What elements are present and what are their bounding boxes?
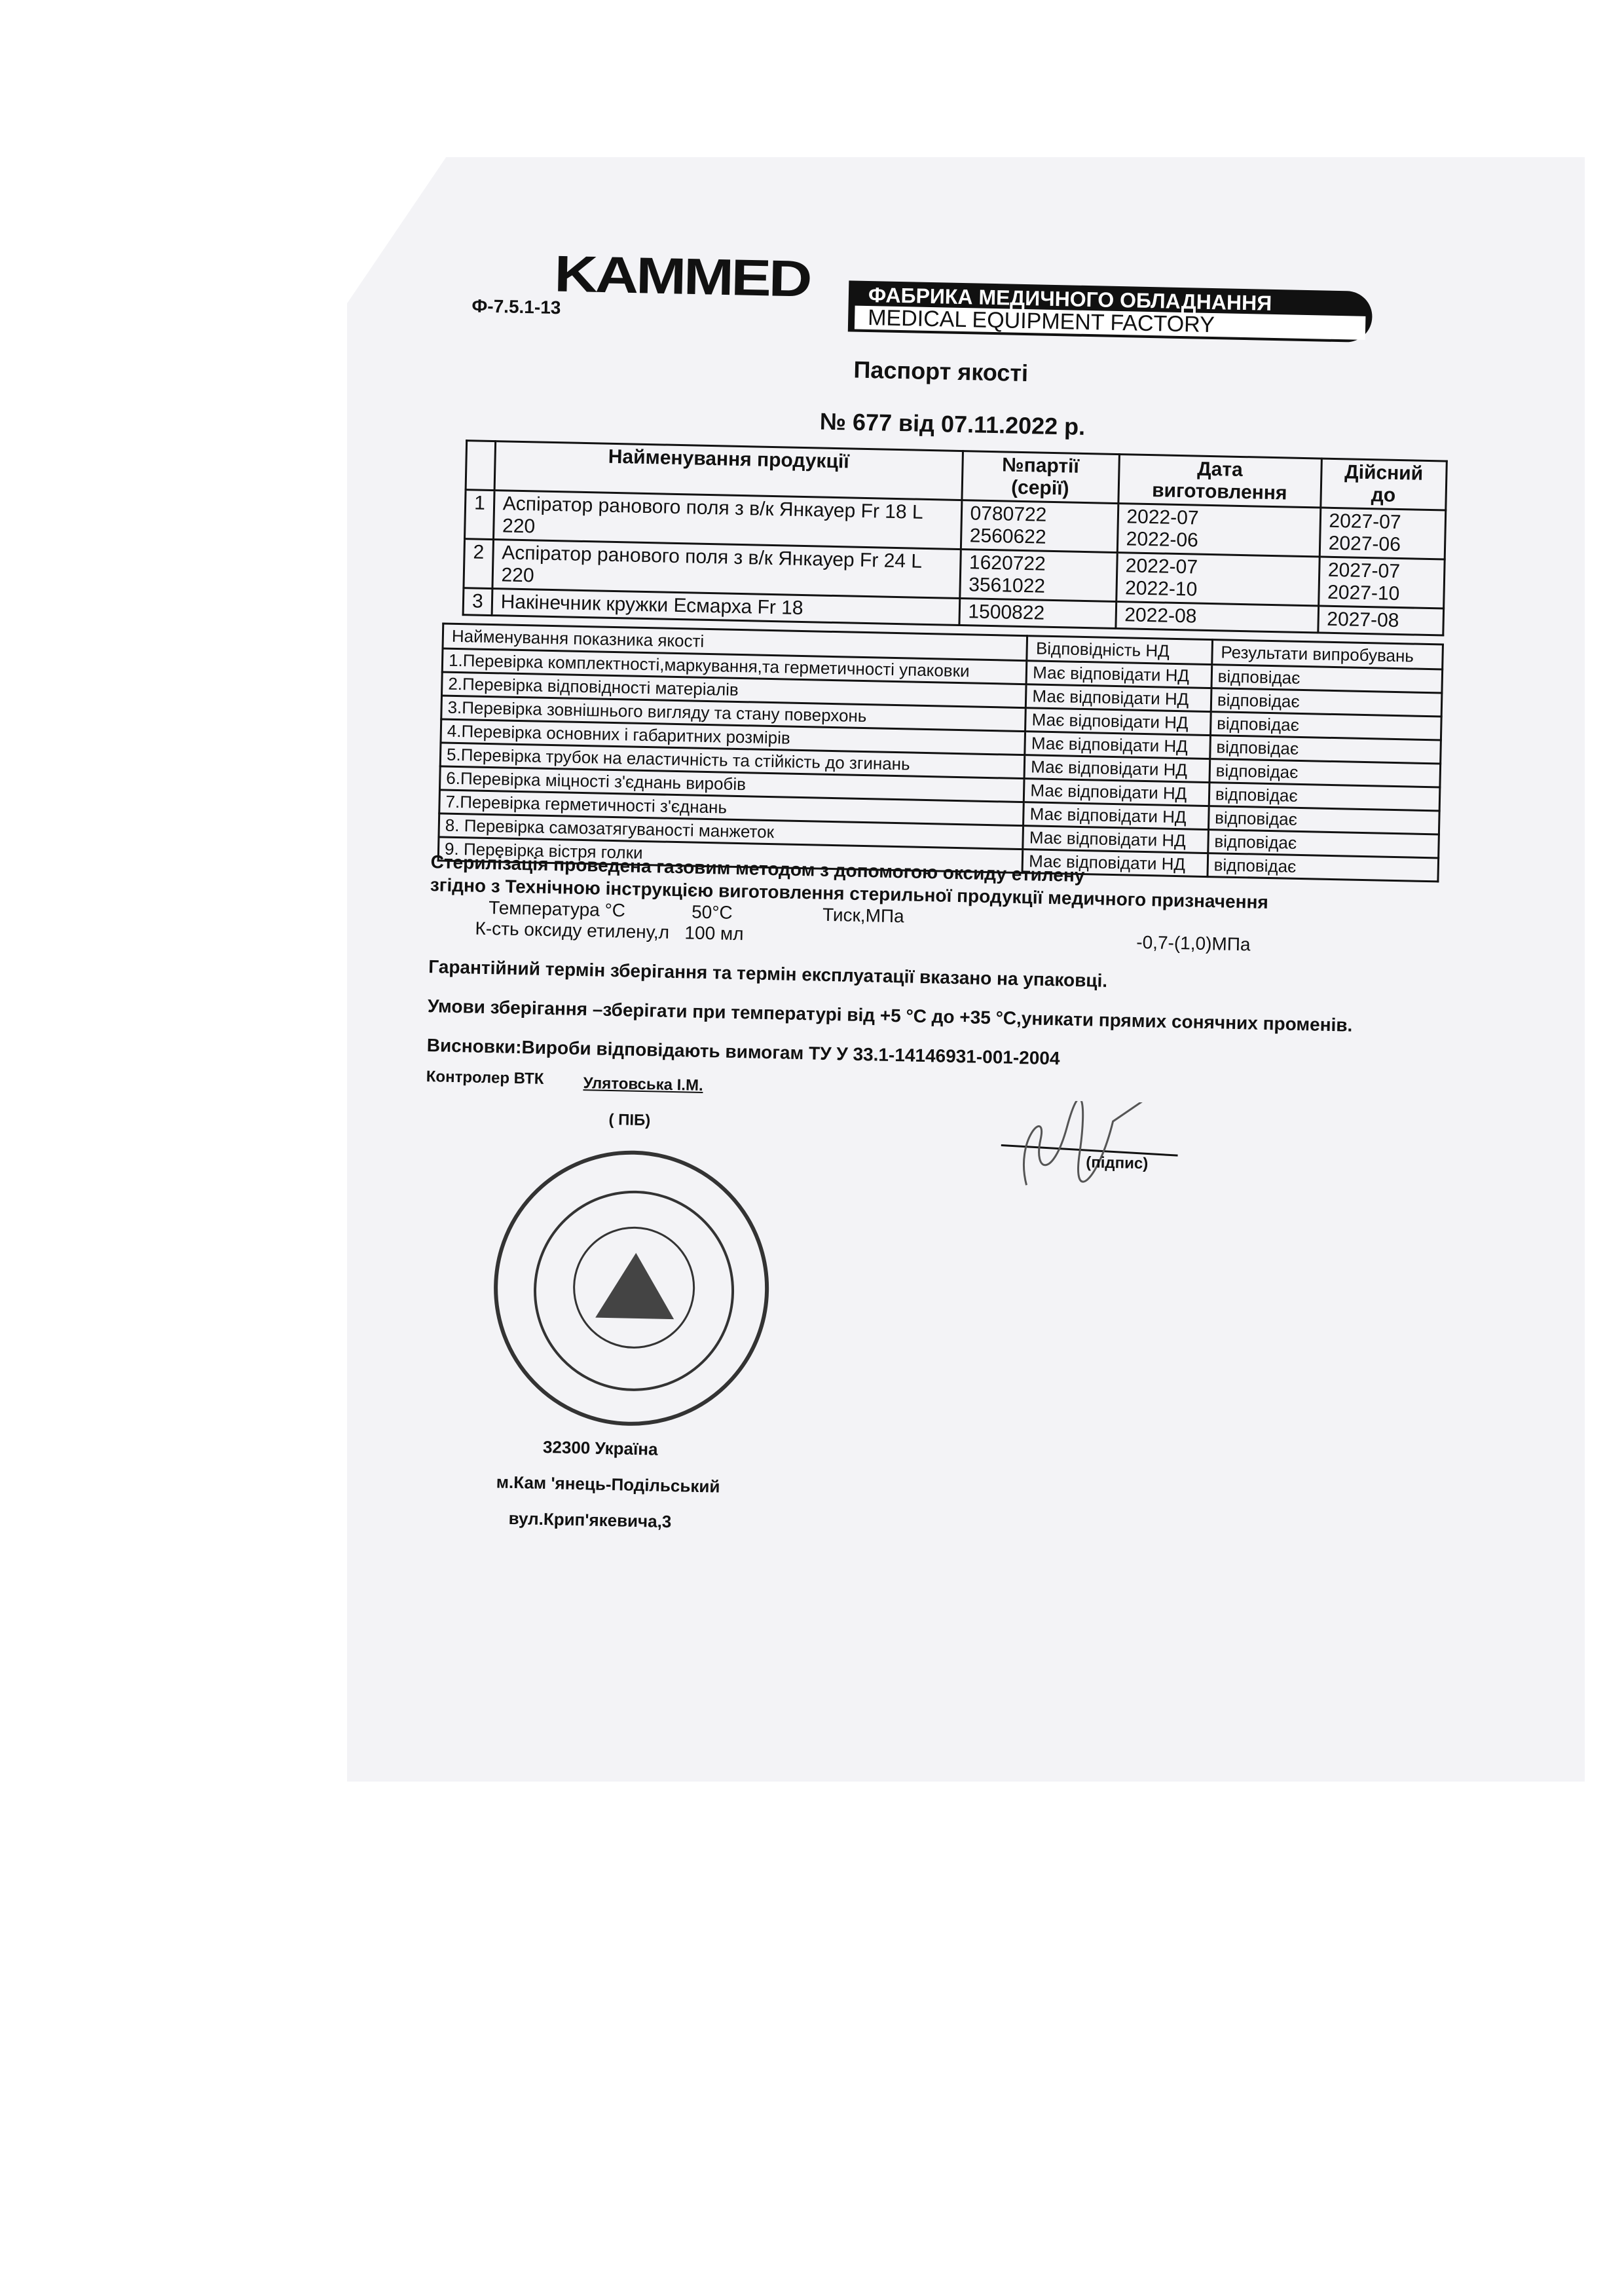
address-line3: вул.Крип'якевича,3: [508, 1508, 671, 1532]
requirement: Має відповідати НД: [1024, 779, 1209, 806]
requirement: Має відповідати НД: [1026, 661, 1211, 688]
product-batches-value: 1620722: [969, 551, 1109, 576]
stamp-logo-icon: [595, 1252, 675, 1319]
col-requirement: Відповідність НД: [1027, 636, 1212, 665]
name-caption: ( ПІБ): [608, 1111, 650, 1130]
temp-value: 50°С: [692, 902, 733, 924]
product-batches: 07807222560622: [961, 500, 1118, 553]
product-no: 3: [463, 588, 492, 616]
product-batches-value: 1500822: [968, 601, 1107, 626]
company-logo: KAMMED: [554, 245, 811, 308]
form-code: Ф-7.5.1-13: [471, 295, 561, 318]
product-no: 1: [465, 490, 494, 540]
product-valid-value: 2027-07: [1329, 510, 1437, 534]
products-table: Найменування продукції №партії (серії) Д…: [462, 439, 1448, 636]
handwritten-signature: [987, 1099, 1185, 1195]
product-batches-value: 0780722: [970, 502, 1109, 527]
product-valid: 2027-08: [1318, 606, 1443, 635]
quality-table: Найменування показника якості Відповідні…: [437, 622, 1444, 882]
product-no: 2: [464, 539, 493, 589]
temp-label: Температура °С: [489, 897, 625, 921]
product-made: 2022-072022-06: [1117, 504, 1321, 557]
product-batches-value: 3561022: [969, 574, 1108, 599]
eo-value: 100 мл: [684, 922, 744, 944]
product-made: 2022-072022-10: [1116, 553, 1319, 606]
document-title: Паспорт якості: [853, 356, 1028, 388]
product-valid-value: 2027-08: [1327, 608, 1435, 633]
product-made-value: 2022-08: [1124, 604, 1310, 630]
requirement: Має відповідати НД: [1026, 684, 1211, 712]
product-batches: 1500822: [959, 599, 1116, 629]
requirement: Має відповідати НД: [1024, 802, 1209, 830]
requirement: Має відповідати НД: [1025, 732, 1210, 759]
product-made-value: 2022-06: [1126, 528, 1311, 554]
pressure-label: Тиск,МПа: [822, 905, 904, 927]
product-valid: 2027-072027-06: [1319, 508, 1446, 559]
col-batch: №партії (серії): [961, 451, 1118, 504]
requirement: Має відповідати НД: [1023, 826, 1208, 853]
product-made-value: 2022-10: [1125, 577, 1310, 603]
product-valid-value: 2027-10: [1327, 582, 1435, 606]
product-batches: 16207223561022: [959, 550, 1116, 602]
signature-caption: (підпис): [1086, 1153, 1149, 1173]
address-line1: 32300 Україна: [543, 1437, 658, 1460]
col-valid-until: Дійсний до: [1320, 458, 1447, 510]
product-valid-value: 2027-06: [1328, 533, 1436, 557]
requirement: Має відповідати НД: [1024, 755, 1209, 783]
document-number: № 677 від 07.11.2022 р.: [819, 407, 1085, 440]
result: відповідає: [1208, 853, 1439, 882]
requirement: Має відповідати НД: [1025, 708, 1211, 736]
eo-label: К-сть оксиду етилену,л: [475, 918, 669, 943]
pressure-value: -0,7-(1,0)МПа: [1136, 932, 1251, 956]
product-valid: 2027-072027-10: [1318, 557, 1445, 608]
product-valid-value: 2027-07: [1328, 559, 1436, 584]
product-batches-value: 2560622: [969, 525, 1109, 550]
product-made: 2022-08: [1115, 602, 1318, 633]
controller-label: Контролер ВТК: [426, 1068, 544, 1089]
controller-name: Улятовська І.М.: [583, 1074, 703, 1095]
col-no: [466, 441, 495, 491]
col-made-date: Дата виготовлення: [1118, 455, 1321, 508]
